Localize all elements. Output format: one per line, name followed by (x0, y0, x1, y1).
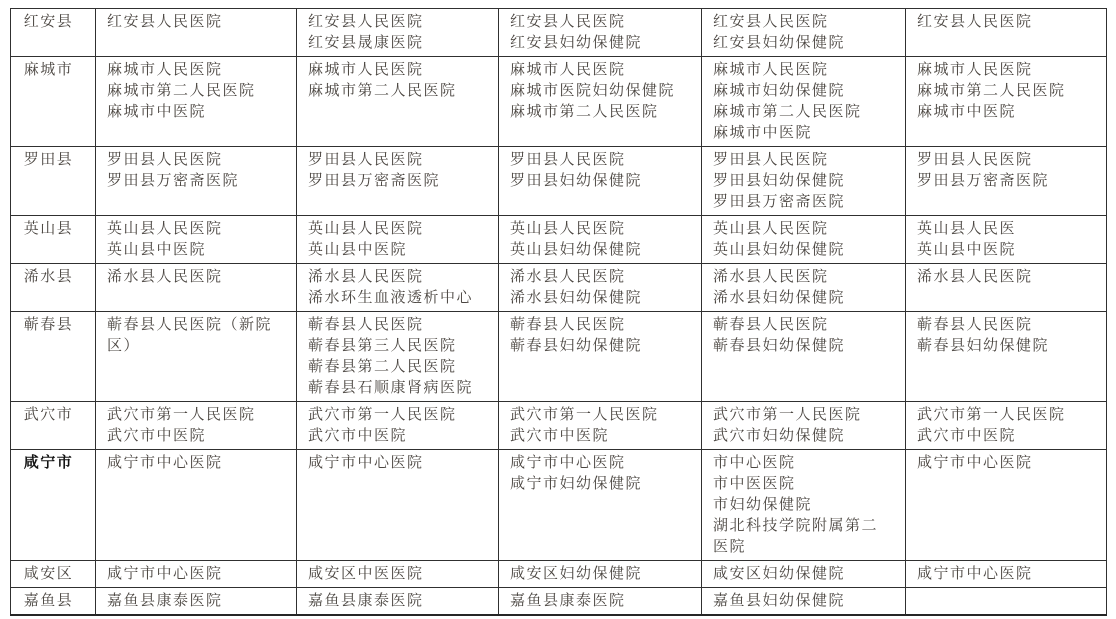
hospital-name: 麻城市中医院 (107, 102, 276, 123)
hospital-name: 英山县人民医 (917, 219, 1086, 240)
hospital-name: 蕲春县石顺康肾病医院 (308, 378, 478, 399)
hospital-name: 麻城市人民医院 (308, 60, 478, 81)
hospital-name: 嘉鱼县妇幼保健院 (713, 591, 885, 612)
hospital-list-cell: 武穴市第一人民医院武穴市中医院 (96, 402, 297, 450)
hospital-name: 武穴市妇幼保健院 (713, 426, 885, 447)
hospital-name: 红安县人民医院 (308, 12, 478, 33)
hospital-name: 咸安区中医医院 (308, 564, 478, 585)
hospital-list-cell: 英山县人民医院英山县妇幼保健院 (702, 216, 906, 264)
hospital-name: 咸安区妇幼保健院 (713, 564, 885, 585)
table-row: 蕲春县蕲春县人民医院（新院区）蕲春县人民医院蕲春县第三人民医院蕲春县第二人民医院… (11, 312, 1107, 402)
hospital-name: 浠水县人民医院 (308, 267, 478, 288)
document-page: 红安县红安县人民医院红安县人民医院红安县晟康医院红安县人民医院红安县妇幼保健院红… (10, 8, 1107, 616)
hospital-list-cell: 嘉鱼县妇幼保健院 (702, 588, 906, 616)
hospital-list-cell: 咸安区妇幼保健院 (702, 561, 906, 588)
hospital-list-cell: 咸宁市中心医院 (906, 561, 1107, 588)
hospital-list-cell: 咸安区妇幼保健院 (499, 561, 702, 588)
hospital-name: 罗田县人民医院 (308, 150, 478, 171)
hospital-name: 武穴市第一人民医院 (510, 405, 681, 426)
hospital-name: 罗田县人民医院 (107, 150, 276, 171)
hospital-name: 咸宁市中心医院 (510, 453, 681, 474)
hospital-name: 英山县中医院 (107, 240, 276, 261)
hospital-list-cell (906, 588, 1107, 616)
hospital-name: 红安县晟康医院 (308, 33, 478, 54)
hospital-list-cell: 麻城市人民医院麻城市妇幼保健院麻城市第二人民医院麻城市中医院 (702, 57, 906, 147)
hospital-list-cell: 英山县人民医院英山县妇幼保健院 (499, 216, 702, 264)
hospital-name: 罗田县万密斋医院 (107, 171, 276, 192)
hospital-name: 浠水县人民医院 (510, 267, 681, 288)
hospital-name: 咸宁市中心医院 (308, 453, 478, 474)
hospital-list-cell: 嘉鱼县康泰医院 (499, 588, 702, 616)
region-cell: 咸宁市 (11, 450, 96, 561)
hospital-name: 罗田县人民医院 (713, 150, 885, 171)
hospital-name: 红安县妇幼保健院 (510, 33, 681, 54)
hospital-name: 蕲春县人民医院 (510, 315, 681, 336)
hospital-name: 罗田县妇幼保健院 (713, 171, 885, 192)
hospital-name: 武穴市中医院 (510, 426, 681, 447)
hospital-name: 红安县人民医院 (510, 12, 681, 33)
hospital-list-cell: 蕲春县人民医院蕲春县妇幼保健院 (702, 312, 906, 402)
hospital-name: 武穴市第一人民医院 (713, 405, 885, 426)
hospital-name: 咸宁市中心医院 (917, 564, 1086, 585)
hospital-name: 蕲春县人民医院 (713, 315, 885, 336)
region-cell: 蕲春县 (11, 312, 96, 402)
hospital-list-cell: 罗田县人民医院罗田县万密斋医院 (906, 147, 1107, 216)
hospital-list-cell: 咸宁市中心医院 (96, 561, 297, 588)
table-body: 红安县红安县人民医院红安县人民医院红安县晟康医院红安县人民医院红安县妇幼保健院红… (11, 9, 1107, 616)
hospital-name: 英山县人民医院 (107, 219, 276, 240)
hospital-name: 浠水环生血液透析中心 (308, 288, 478, 309)
hospital-list-cell: 咸宁市中心医院 (96, 450, 297, 561)
hospital-list-cell: 英山县人民医院英山县中医院 (96, 216, 297, 264)
table-row: 武穴市武穴市第一人民医院武穴市中医院武穴市第一人民医院武穴市中医院武穴市第一人民… (11, 402, 1107, 450)
hospital-list-cell: 嘉鱼县康泰医院 (96, 588, 297, 616)
hospital-name: 英山县中医院 (917, 240, 1086, 261)
hospital-list-cell: 咸宁市中心医院 (297, 450, 499, 561)
hospital-list-cell: 蕲春县人民医院蕲春县第三人民医院蕲春县第二人民医院蕲春县石顺康肾病医院 (297, 312, 499, 402)
region-cell: 英山县 (11, 216, 96, 264)
hospital-name: 麻城市第二人民医院 (107, 81, 276, 102)
hospital-list-cell: 武穴市第一人民医院武穴市中医院 (499, 402, 702, 450)
hospital-name: 武穴市中医院 (308, 426, 478, 447)
hospital-name: 浠水县人民医院 (917, 267, 1086, 288)
hospital-name: 麻城市人民医院 (510, 60, 681, 81)
hospital-list-cell: 英山县人民医英山县中医院 (906, 216, 1107, 264)
hospital-list-cell: 红安县人民医院红安县妇幼保健院 (702, 9, 906, 57)
hospital-name: 武穴市中医院 (917, 426, 1086, 447)
hospital-name: 嘉鱼县康泰医院 (107, 591, 276, 612)
hospital-name: 麻城市第二人民医院 (308, 81, 478, 102)
hospital-name: 市中心医院 (713, 453, 885, 474)
region-cell: 咸安区 (11, 561, 96, 588)
hospital-list-cell: 麻城市人民医院麻城市第二人民医院麻城市中医院 (96, 57, 297, 147)
hospital-list-cell: 嘉鱼县康泰医院 (297, 588, 499, 616)
hospital-list-cell: 红安县人民医院红安县妇幼保健院 (499, 9, 702, 57)
hospital-name: 罗田县万密斋医院 (917, 171, 1086, 192)
hospital-name: 咸宁市中心医院 (107, 453, 276, 474)
hospital-list-cell: 罗田县人民医院罗田县万密斋医院 (96, 147, 297, 216)
hospital-name: 麻城市第二人民医院 (917, 81, 1086, 102)
hospital-name: 浠水县妇幼保健院 (510, 288, 681, 309)
hospital-name: 蕲春县第二人民医院 (308, 357, 478, 378)
table-row: 咸安区咸宁市中心医院咸安区中医医院咸安区妇幼保健院咸安区妇幼保健院咸宁市中心医院 (11, 561, 1107, 588)
table-row: 英山县英山县人民医院英山县中医院英山县人民医院英山县中医院英山县人民医院英山县妇… (11, 216, 1107, 264)
table-row: 红安县红安县人民医院红安县人民医院红安县晟康医院红安县人民医院红安县妇幼保健院红… (11, 9, 1107, 57)
hospital-name: 麻城市妇幼保健院 (713, 81, 885, 102)
hospital-name: 英山县妇幼保健院 (713, 240, 885, 261)
region-cell: 罗田县 (11, 147, 96, 216)
region-cell: 红安县 (11, 9, 96, 57)
hospital-name: 麻城市人民医院 (107, 60, 276, 81)
hospital-name: 武穴市第一人民医院 (917, 405, 1086, 426)
hospital-name: 英山县人民医院 (713, 219, 885, 240)
hospital-name: 罗田县妇幼保健院 (510, 171, 681, 192)
hospital-name: 市妇幼保健院 (713, 495, 885, 516)
hospital-name: 蕲春县妇幼保健院 (510, 336, 681, 357)
hospital-name: 武穴市第一人民医院 (308, 405, 478, 426)
hospital-name: 咸宁市中心医院 (107, 564, 276, 585)
hospital-name: 英山县人民医院 (510, 219, 681, 240)
hospital-name: 麻城市人民医院 (917, 60, 1086, 81)
hospital-list-cell: 罗田县人民医院罗田县万密斋医院 (297, 147, 499, 216)
hospital-name: 咸安区妇幼保健院 (510, 564, 681, 585)
hospital-list-cell: 红安县人民医院 (906, 9, 1107, 57)
region-cell: 麻城市 (11, 57, 96, 147)
hospital-list-cell: 英山县人民医院英山县中医院 (297, 216, 499, 264)
table-row: 嘉鱼县嘉鱼县康泰医院嘉鱼县康泰医院嘉鱼县康泰医院嘉鱼县妇幼保健院 (11, 588, 1107, 616)
hospital-name: 浠水县人民医院 (107, 267, 276, 288)
hospital-list-cell: 咸宁市中心医院咸宁市妇幼保健院 (499, 450, 702, 561)
hospital-name: 湖北科技学院附属第二医院 (713, 516, 885, 558)
hospital-list-cell: 蕲春县人民医院蕲春县妇幼保健院 (499, 312, 702, 402)
hospital-name: 蕲春县第三人民医院 (308, 336, 478, 357)
hospital-name: 红安县人民医院 (107, 12, 276, 33)
table-row: 麻城市麻城市人民医院麻城市第二人民医院麻城市中医院麻城市人民医院麻城市第二人民医… (11, 57, 1107, 147)
hospital-name: 红安县人民医院 (917, 12, 1086, 33)
hospital-name: 罗田县万密斋医院 (308, 171, 478, 192)
hospital-list-cell: 罗田县人民医院罗田县妇幼保健院罗田县万密斋医院 (702, 147, 906, 216)
hospital-name: 英山县妇幼保健院 (510, 240, 681, 261)
hospital-list-cell: 浠水县人民医院浠水县妇幼保健院 (499, 264, 702, 312)
table-row: 罗田县罗田县人民医院罗田县万密斋医院罗田县人民医院罗田县万密斋医院罗田县人民医院… (11, 147, 1107, 216)
hospital-name: 红安县人民医院 (713, 12, 885, 33)
hospital-name: 红安县妇幼保健院 (713, 33, 885, 54)
hospital-list-cell: 浠水县人民医院浠水县妇幼保健院 (702, 264, 906, 312)
hospital-list-cell: 市中心医院市中医医院市妇幼保健院湖北科技学院附属第二医院 (702, 450, 906, 561)
hospital-name: 浠水县人民医院 (713, 267, 885, 288)
hospital-name: 武穴市第一人民医院 (107, 405, 276, 426)
hospital-list-cell: 麻城市人民医院麻城市第二人民医院麻城市中医院 (906, 57, 1107, 147)
region-cell: 浠水县 (11, 264, 96, 312)
hospital-name: 武穴市中医院 (107, 426, 276, 447)
hospital-list-cell: 浠水县人民医院 (96, 264, 297, 312)
hospital-list-cell: 浠水县人民医院 (906, 264, 1107, 312)
hospital-name: 麻城市中医院 (917, 102, 1086, 123)
hospital-name: 嘉鱼县康泰医院 (510, 591, 681, 612)
hospital-name: 咸宁市妇幼保健院 (510, 474, 681, 495)
hospital-list-cell: 武穴市第一人民医院武穴市中医院 (906, 402, 1107, 450)
hospital-assignments-table: 红安县红安县人民医院红安县人民医院红安县晟康医院红安县人民医院红安县妇幼保健院红… (10, 8, 1107, 616)
hospital-list-cell: 蕲春县人民医院蕲春县妇幼保健院 (906, 312, 1107, 402)
region-cell: 嘉鱼县 (11, 588, 96, 616)
hospital-name: 英山县中医院 (308, 240, 478, 261)
hospital-name: 浠水县妇幼保健院 (713, 288, 885, 309)
hospital-list-cell: 武穴市第一人民医院武穴市妇幼保健院 (702, 402, 906, 450)
hospital-list-cell: 麻城市人民医院麻城市第二人民医院 (297, 57, 499, 147)
hospital-list-cell: 红安县人民医院红安县晟康医院 (297, 9, 499, 57)
hospital-name: 麻城市第二人民医院 (713, 102, 885, 123)
hospital-list-cell: 红安县人民医院 (96, 9, 297, 57)
region-cell: 武穴市 (11, 402, 96, 450)
table-row: 浠水县浠水县人民医院浠水县人民医院浠水环生血液透析中心浠水县人民医院浠水县妇幼保… (11, 264, 1107, 312)
hospital-name: 麻城市人民医院 (713, 60, 885, 81)
hospital-name: 蕲春县妇幼保健院 (713, 336, 885, 357)
hospital-name: 市中医医院 (713, 474, 885, 495)
hospital-name: 罗田县人民医院 (510, 150, 681, 171)
hospital-name: 麻城市中医院 (713, 123, 885, 144)
hospital-list-cell: 蕲春县人民医院（新院区） (96, 312, 297, 402)
hospital-name: 罗田县万密斋医院 (713, 192, 885, 213)
table-row: 咸宁市咸宁市中心医院咸宁市中心医院咸宁市中心医院咸宁市妇幼保健院市中心医院市中医… (11, 450, 1107, 561)
hospital-list-cell: 咸宁市中心医院 (906, 450, 1107, 561)
hospital-list-cell: 罗田县人民医院罗田县妇幼保健院 (499, 147, 702, 216)
hospital-name: 蕲春县妇幼保健院 (917, 336, 1086, 357)
hospital-list-cell: 浠水县人民医院浠水环生血液透析中心 (297, 264, 499, 312)
hospital-name: 蕲春县人民医院 (308, 315, 478, 336)
hospital-list-cell: 咸安区中医医院 (297, 561, 499, 588)
hospital-name: 英山县人民医院 (308, 219, 478, 240)
hospital-name: 麻城市第二人民医院 (510, 102, 681, 123)
hospital-list-cell: 麻城市人民医院麻城市医院妇幼保健院麻城市第二人民医院 (499, 57, 702, 147)
hospital-name: 嘉鱼县康泰医院 (308, 591, 478, 612)
hospital-name: 麻城市医院妇幼保健院 (510, 81, 681, 102)
hospital-name: 蕲春县人民医院（新院区） (107, 315, 276, 357)
hospital-name: 罗田县人民医院 (917, 150, 1086, 171)
hospital-name: 蕲春县人民医院 (917, 315, 1086, 336)
hospital-name: 咸宁市中心医院 (917, 453, 1086, 474)
hospital-list-cell: 武穴市第一人民医院武穴市中医院 (297, 402, 499, 450)
